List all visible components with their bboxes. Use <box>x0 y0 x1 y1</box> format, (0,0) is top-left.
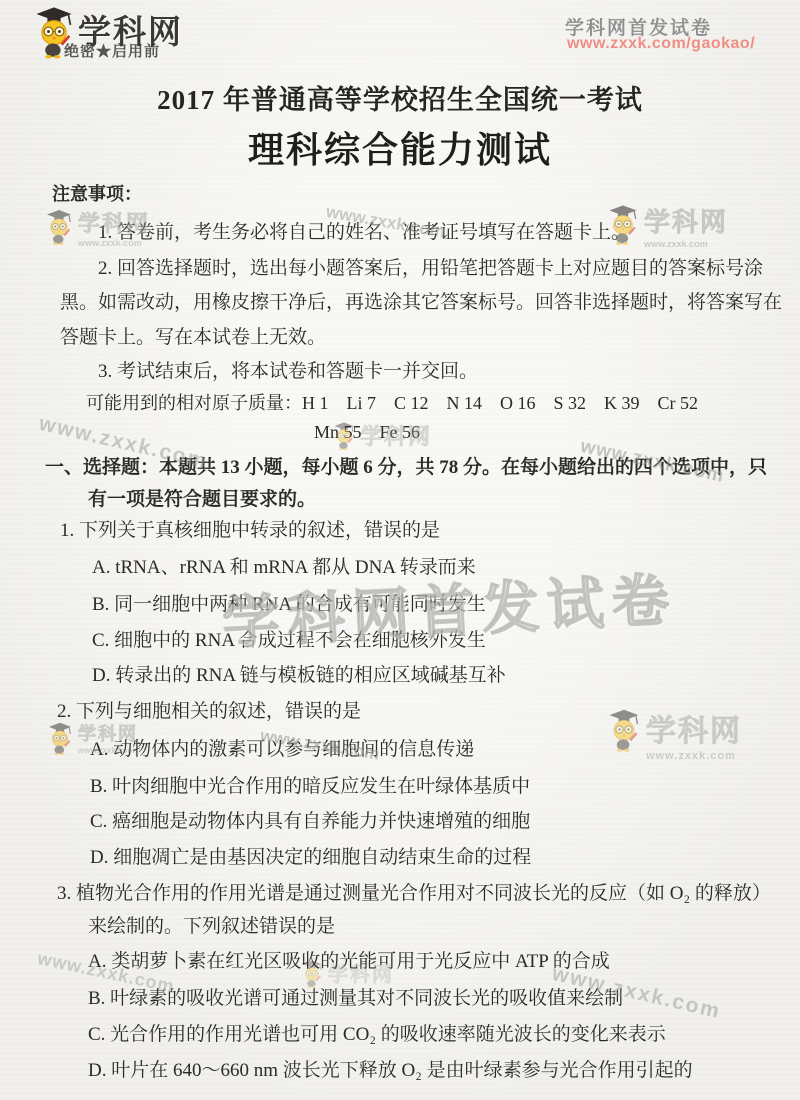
question-1-stem: 1. 下列关于真核细胞中转录的叙述，错误的是 <box>60 519 440 543</box>
watermark-brand-text: 学科网 <box>646 706 742 750</box>
exam-paper-page: 学科网 绝密★启用前 学科网首发试卷 www.zxxk.com/gaokao/ … <box>0 0 800 1100</box>
atomic-masses-line-1: 可能用到的相对原子质量：H 1 Li 7 C 12 N 14 O 16 S 32… <box>86 392 698 415</box>
exam-title: 2017 年普通高等学校招生全国统一考试 <box>0 84 800 118</box>
zxxk-mascot-icon <box>44 207 74 246</box>
question-1-option-c: C. 细胞中的 RNA 合成过程不会在细胞核外发生 <box>92 629 486 653</box>
watermark-mascot-right-q2: 学科网 www.zxxk.com <box>606 706 742 762</box>
question-1-option-b: B. 同一细胞中两种 RNA 的合成有可能同时发生 <box>92 593 486 617</box>
zxxk-mascot-icon <box>46 720 74 756</box>
notice-line-5: 3. 考试结束后，将本试卷和答题卡一并交回。 <box>98 360 478 384</box>
question-3-option-d: D. 叶片在 640～660 nm 波长光下释放 O₂ 是由叶绿素参与光合作用引… <box>88 1059 693 1083</box>
question-2-stem: 2. 下列与细胞相关的叙述，错误的是 <box>57 700 361 724</box>
question-1-option-d: D. 转录出的 RNA 链与模板链的相应区域碱基互补 <box>92 664 506 688</box>
promo-url: www.zxxk.com/gaokao/ <box>567 35 755 53</box>
question-2-option-a: A. 动物体内的激素可以参与细胞间的信息传递 <box>90 738 474 762</box>
watermark-brand-text: 学科网 <box>644 202 728 239</box>
notice-line-2: 2. 回答选择题时，选出每小题答案后，用铅笔把答题卡上对应题目的答案标号涂 <box>98 257 763 281</box>
security-label: 绝密★启用前 <box>64 40 160 61</box>
notice-line-1: 1. 答卷前，考生务必将自己的姓名、准考证号填写在答题卡上。 <box>98 221 630 245</box>
question-3-stem-line-1: 3. 植物光合作用的作用光谱是通过测量光合作用对不同波长光的反应（如 O₂ 的释… <box>57 882 771 906</box>
zxxk-mascot-icon <box>606 706 642 753</box>
notice-line-4: 答题卡上。写在本试卷上无效。 <box>60 326 326 350</box>
question-3-stem-line-2: 来绘制的。下列叙述错误的是 <box>88 915 335 939</box>
question-3-option-b: B. 叶绿素的吸收光谱可通过测量其对不同波长光的吸收值来绘制 <box>88 987 623 1011</box>
question-2-option-d: D. 细胞凋亡是由基因决定的细胞自动结束生命的过程 <box>90 846 531 870</box>
atomic-masses-line-2: Mn 55 Fe 56 <box>314 421 420 444</box>
question-1-option-a: A. tRNA、rRNA 和 mRNA 都从 DNA 转录而来 <box>92 556 476 580</box>
question-3-option-c: C. 光合作用的作用光谱也可用 CO₂ 的吸收速率随光波长的变化来表示 <box>88 1023 666 1047</box>
section-header-line-2: 有一项是符合题目要求的。 <box>88 488 316 512</box>
watermark-url-text: www.zxxk.com <box>646 750 742 762</box>
question-2-option-c: C. 癌细胞是动物体内具有自养能力并快速增殖的细胞 <box>90 810 530 834</box>
notice-heading: 注意事项： <box>52 183 142 206</box>
watermark-url-text: www.zxxk.com <box>644 239 728 249</box>
subject-title: 理科综合能力测试 <box>0 128 800 173</box>
question-2-option-b: B. 叶肉细胞中光合作用的暗反应发生在叶绿体基质中 <box>90 775 530 799</box>
section-header-line-1: 一、选择题：本题共 13 小题，每小题 6 分，共 78 分。在每小题给出的四个… <box>45 456 767 480</box>
notice-line-3: 黑。如需改动，用橡皮擦干净后，再选涂其它答案标号。回答非选择题时，将答案写在 <box>60 291 782 315</box>
question-3-option-a: A. 类胡萝卜素在红光区吸收的光能可用于光反应中 ATP 的合成 <box>88 950 610 974</box>
